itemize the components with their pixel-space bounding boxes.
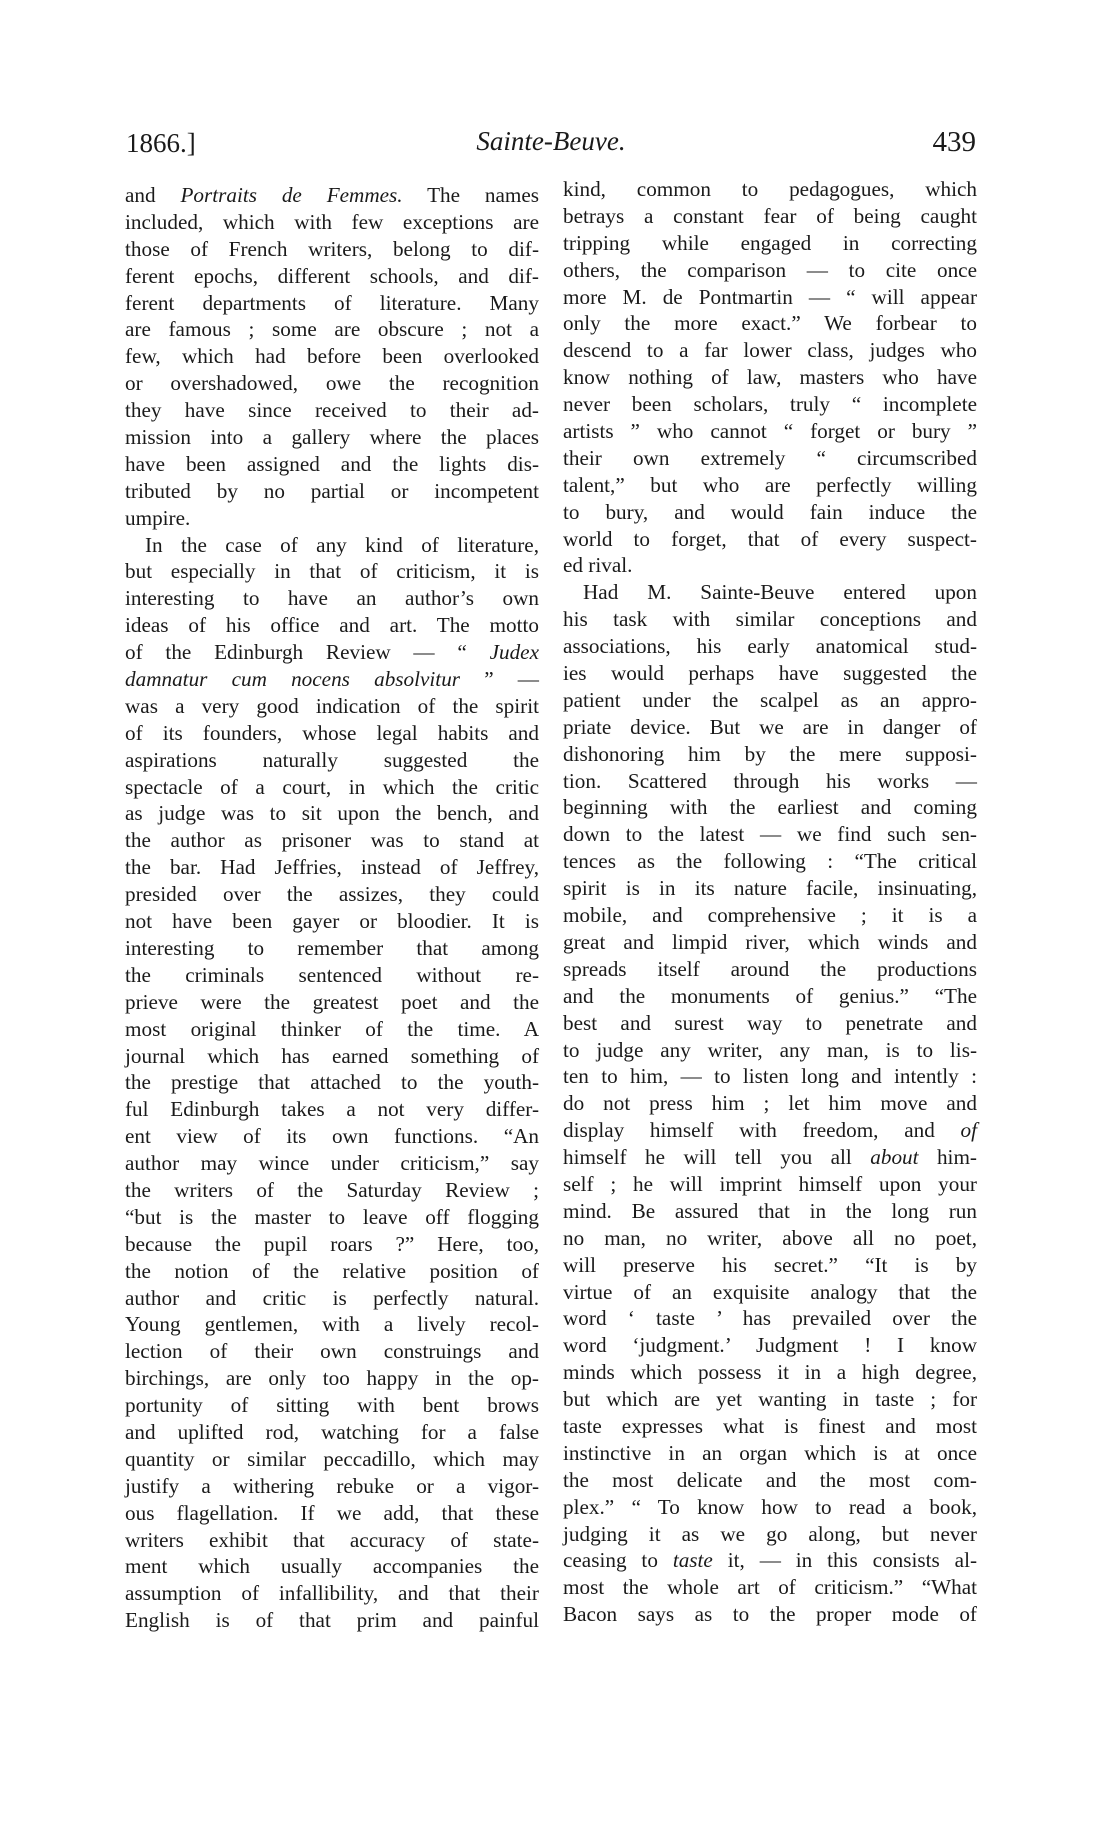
text-line: of its founders, whose legal habits and xyxy=(125,720,539,747)
text-line: justify a withering rebuke or a vigor- xyxy=(125,1473,539,1500)
text-line: virtue of an exquisite analogy that the xyxy=(563,1279,977,1306)
text-line: because the pupil roars ?” Here, too, xyxy=(125,1231,539,1258)
text-line: Young gentlemen, with a lively recol- xyxy=(125,1311,539,1338)
text-line: have been assigned and the lights dis- xyxy=(125,451,539,478)
text-line: ies would perhaps have suggested the xyxy=(563,660,977,687)
text-line: spreads itself around the productions xyxy=(563,956,977,983)
text-line: display himself with freedom, and of xyxy=(563,1117,977,1144)
text-line: but especially in that of criticism, it … xyxy=(125,558,539,585)
text-line: patient under the scalpel as an appro- xyxy=(563,687,977,714)
text-line: and uplifted rod, watching for a false xyxy=(125,1419,539,1446)
text-line: they have since received to their ad- xyxy=(125,397,539,424)
text-line: the notion of the relative position of xyxy=(125,1258,539,1285)
text-line: to bury, and would fain induce the xyxy=(563,499,977,526)
text-line: no man, no writer, above all no poet, xyxy=(563,1225,977,1252)
text-line: writers exhibit that accuracy of state- xyxy=(125,1527,539,1554)
text-line: of the Edinburgh Review — “ Judex xyxy=(125,639,539,666)
text-line: interesting to remember that among xyxy=(125,935,539,962)
text-line: their own extremely “ circumscribed xyxy=(563,445,977,472)
text-line: more M. de Pontmartin — “ will appear xyxy=(563,284,977,311)
text-line: kind, common to pedagogues, which xyxy=(563,176,977,203)
text-line: spirit is in its nature facile, insinuat… xyxy=(563,875,977,902)
text-line: descend to a far lower class, judges who xyxy=(563,337,977,364)
text-line: his task with similar conceptions and xyxy=(563,606,977,633)
text-line: know nothing of law, masters who have xyxy=(563,364,977,391)
text-line: ed rival. xyxy=(563,552,977,579)
text-line: portunity of sitting with bent brows xyxy=(125,1392,539,1419)
text-line: mobile, and comprehensive ; it is a xyxy=(563,902,977,929)
text-line: ful Edinburgh takes a not very differ- xyxy=(125,1096,539,1123)
italic-text: of xyxy=(961,1118,977,1142)
text-line: English is of that prim and painful xyxy=(125,1607,539,1634)
text-line: prieve were the greatest poet and the xyxy=(125,989,539,1016)
text-line: Had M. Sainte-Beuve entered upon xyxy=(563,579,977,606)
text-line: ceasing to taste it, — in this consists … xyxy=(563,1547,977,1574)
text-line: plex.” “ To know how to read a book, xyxy=(563,1494,977,1521)
text-line: word ‘ taste ’ has prevailed over the xyxy=(563,1305,977,1332)
text-line: associations, his early anatomical stud- xyxy=(563,633,977,660)
text-line: beginning with the earliest and coming xyxy=(563,794,977,821)
text-line: others, the comparison — to cite once xyxy=(563,257,977,284)
text-line: was a very good indication of the spirit xyxy=(125,693,539,720)
text-line: betrays a constant fear of being caught xyxy=(563,203,977,230)
page-number: 439 xyxy=(933,126,977,159)
text-line: not have been gayer or bloodier. It is xyxy=(125,908,539,935)
text-line: mission into a gallery where the places xyxy=(125,424,539,451)
text-line: and Portraits de Femmes. The names xyxy=(125,182,539,209)
left-text-column: and Portraits de Femmes. The namesinclud… xyxy=(125,182,539,1634)
text-line: “but is the master to leave off flogging xyxy=(125,1204,539,1231)
text-line: as judge was to sit upon the bench, and xyxy=(125,800,539,827)
text-line: damnatur cum nocens absolvitur ” — xyxy=(125,666,539,693)
text-line: judging it as we go along, but never xyxy=(563,1521,977,1548)
text-line: umpire. xyxy=(125,505,539,532)
text-line: or overshadowed, owe the recognition xyxy=(125,370,539,397)
text-line: artists ” who cannot “ forget or bury ” xyxy=(563,418,977,445)
italic-text: Judex xyxy=(490,640,539,664)
italic-text: taste xyxy=(673,1548,713,1572)
italic-text: damnatur cum nocens absolvitur xyxy=(125,667,460,691)
text-line: assumption of infallibility, and that th… xyxy=(125,1580,539,1607)
text-line: ten to him, — to listen long and intentl… xyxy=(563,1063,977,1090)
text-line: Bacon says as to the proper mode of xyxy=(563,1601,977,1628)
text-line: will preserve his secret.” “It is by xyxy=(563,1252,977,1279)
text-line: quantity or similar peccadillo, which ma… xyxy=(125,1446,539,1473)
text-line: few, which had before been overlooked xyxy=(125,343,539,370)
text-line: journal which has earned something of xyxy=(125,1043,539,1070)
text-line: birchings, are only too happy in the op- xyxy=(125,1365,539,1392)
text-line: interesting to have an author’s own xyxy=(125,585,539,612)
text-line: tripping while engaged in correcting xyxy=(563,230,977,257)
text-line: the bar. Had Jeffries, instead of Jeffre… xyxy=(125,854,539,881)
text-line: spectacle of a court, in which the criti… xyxy=(125,774,539,801)
text-line: most original thinker of the time. A xyxy=(125,1016,539,1043)
text-line: tences as the following : “The critical xyxy=(563,848,977,875)
text-line: the prestige that attached to the youth- xyxy=(125,1069,539,1096)
text-line: author may wince under criticism,” say xyxy=(125,1150,539,1177)
text-line: most the whole art of criticism.” “What xyxy=(563,1574,977,1601)
text-line: the author as prisoner was to stand at xyxy=(125,827,539,854)
text-line: presided over the assizes, they could xyxy=(125,881,539,908)
text-line: minds which possess it in a high degree, xyxy=(563,1359,977,1386)
right-text-column: kind, common to pedagogues, whichbetrays… xyxy=(563,176,977,1628)
text-line: only the more exact.” We forbear to xyxy=(563,310,977,337)
text-line: and the monuments of genius.” “The xyxy=(563,983,977,1010)
text-line: taste expresses what is finest and most xyxy=(563,1413,977,1440)
text-line: tributed by no partial or incompetent xyxy=(125,478,539,505)
text-line: talent,” but who are perfectly willing xyxy=(563,472,977,499)
text-line: ent view of its own functions. “An xyxy=(125,1123,539,1150)
text-line: world to forget, that of every suspect- xyxy=(563,526,977,553)
text-line: included, which with few exceptions are xyxy=(125,209,539,236)
text-line: mind. Be assured that in the long run xyxy=(563,1198,977,1225)
text-line: are famous ; some are obscure ; not a xyxy=(125,316,539,343)
text-line: the writers of the Saturday Review ; xyxy=(125,1177,539,1204)
text-line: tion. Scattered through his works — xyxy=(563,768,977,795)
text-line: ous flagellation. If we add, that these xyxy=(125,1500,539,1527)
text-line: the criminals sentenced without re- xyxy=(125,962,539,989)
text-line: himself he will tell you all about him- xyxy=(563,1144,977,1171)
text-line: dishonoring him by the mere supposi- xyxy=(563,741,977,768)
text-line: never been scholars, truly “ incomplete xyxy=(563,391,977,418)
italic-text: Portraits de Femmes. xyxy=(180,183,402,207)
text-line: author and critic is perfectly natural. xyxy=(125,1285,539,1312)
italic-text: about xyxy=(870,1145,918,1169)
text-line: best and surest way to penetrate and xyxy=(563,1010,977,1037)
text-line: word ‘judgment.’ Judgment ! I know xyxy=(563,1332,977,1359)
text-line: lection of their own construings and xyxy=(125,1338,539,1365)
text-line: priate device. But we are in danger of xyxy=(563,714,977,741)
text-line: great and limpid river, which winds and xyxy=(563,929,977,956)
running-header: 1866.] Sainte-Beuve. 439 xyxy=(126,128,976,164)
header-title: Sainte-Beuve. xyxy=(126,126,976,157)
text-line: the most delicate and the most com- xyxy=(563,1467,977,1494)
text-line: instinctive in an organ which is at once xyxy=(563,1440,977,1467)
text-line: ment which usually accompanies the xyxy=(125,1553,539,1580)
text-line: ideas of his office and art. The motto xyxy=(125,612,539,639)
text-line: but which are yet wanting in taste ; for xyxy=(563,1386,977,1413)
text-line: ferent epochs, different schools, and di… xyxy=(125,263,539,290)
text-line: In the case of any kind of literature, xyxy=(125,532,539,559)
text-line: to judge any writer, any man, is to lis- xyxy=(563,1037,977,1064)
text-line: those of French writers, belong to dif- xyxy=(125,236,539,263)
text-line: ferent departments of literature. Many xyxy=(125,290,539,317)
text-line: do not press him ; let him move and xyxy=(563,1090,977,1117)
text-line: aspirations naturally suggested the xyxy=(125,747,539,774)
text-line: down to the latest — we find such sen- xyxy=(563,821,977,848)
text-line: self ; he will imprint himself upon your xyxy=(563,1171,977,1198)
